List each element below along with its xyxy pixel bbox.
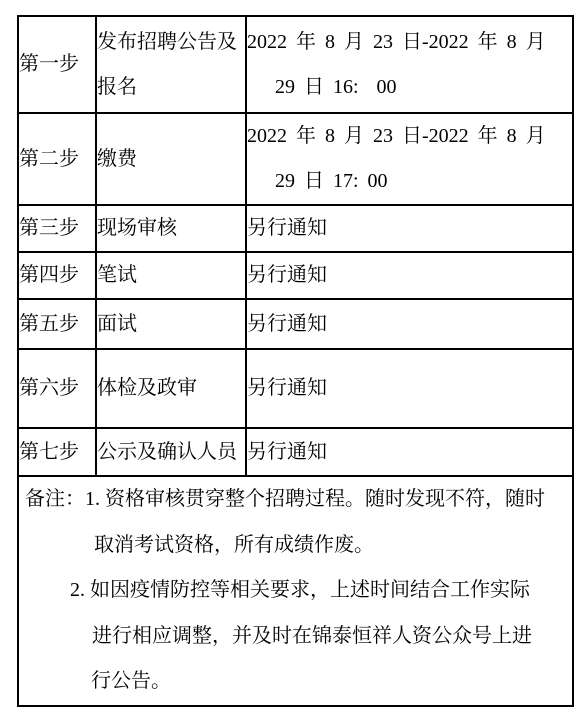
time-cell: 另行通知 bbox=[246, 205, 573, 252]
item-line: 发布招聘公告及 bbox=[97, 20, 245, 65]
step-label: 第二步 bbox=[19, 137, 95, 182]
table-row: 第四步笔试另行通知 bbox=[18, 252, 573, 299]
time-line: 另行通知 bbox=[247, 366, 572, 411]
table-row: 第二步缴费2022 年 8 月 23 日-2022 年 8 月29 日 17: … bbox=[18, 113, 573, 205]
time-line: 另行通知 bbox=[247, 206, 572, 251]
item-cell: 现场审核 bbox=[96, 205, 246, 252]
step-cell: 第一步 bbox=[18, 16, 96, 113]
table-row: 第七步公示及确认人员另行通知 bbox=[18, 428, 573, 476]
time-cell: 另行通知 bbox=[246, 299, 573, 349]
step-cell: 第三步 bbox=[18, 205, 96, 252]
step-cell: 第四步 bbox=[18, 252, 96, 299]
note-line: 备注：1. 资格审核贯穿整个招聘过程。随时发现不符，随时 bbox=[19, 477, 572, 523]
item-line: 缴费 bbox=[97, 137, 245, 182]
item-line: 面试 bbox=[97, 302, 245, 347]
time-line: 29 日 16: 00 bbox=[247, 65, 572, 110]
note-line: 取消考试资格，所有成绩作废。 bbox=[19, 523, 572, 569]
notes-row: 备注：1. 资格审核贯穿整个招聘过程。随时发现不符，随时取消考试资格，所有成绩作… bbox=[18, 476, 573, 706]
time-line: 另行通知 bbox=[247, 302, 572, 347]
item-line: 笔试 bbox=[97, 253, 245, 298]
step-label: 第三步 bbox=[19, 206, 95, 251]
step-label: 第一步 bbox=[19, 42, 95, 87]
recruitment-schedule-table: 第一步发布招聘公告及报名2022 年 8 月 23 日-2022 年 8 月29… bbox=[17, 15, 574, 707]
time-cell: 另行通知 bbox=[246, 428, 573, 476]
time-line: 2022 年 8 月 23 日-2022 年 8 月 bbox=[247, 20, 572, 65]
step-cell: 第五步 bbox=[18, 299, 96, 349]
time-line: 另行通知 bbox=[247, 430, 572, 475]
item-cell: 体检及政审 bbox=[96, 349, 246, 428]
item-cell: 发布招聘公告及报名 bbox=[96, 16, 246, 113]
note-line: 行公告。 bbox=[19, 659, 572, 705]
table-row: 第五步面试另行通知 bbox=[18, 299, 573, 349]
time-cell: 另行通知 bbox=[246, 349, 573, 428]
time-line: 2022 年 8 月 23 日-2022 年 8 月 bbox=[247, 114, 572, 159]
item-line: 公示及确认人员 bbox=[97, 430, 245, 475]
step-label: 第五步 bbox=[19, 302, 95, 347]
time-line: 29 日 17: 00 bbox=[247, 159, 572, 204]
step-label: 第四步 bbox=[19, 253, 95, 298]
item-cell: 公示及确认人员 bbox=[96, 428, 246, 476]
step-cell: 第二步 bbox=[18, 113, 96, 205]
table-row: 第六步体检及政审另行通知 bbox=[18, 349, 573, 428]
time-cell: 另行通知 bbox=[246, 252, 573, 299]
item-cell: 面试 bbox=[96, 299, 246, 349]
time-cell: 2022 年 8 月 23 日-2022 年 8 月29 日 16: 00 bbox=[246, 16, 573, 113]
notes-cell: 备注：1. 资格审核贯穿整个招聘过程。随时发现不符，随时取消考试资格，所有成绩作… bbox=[18, 476, 573, 706]
item-line: 报名 bbox=[97, 65, 245, 110]
step-label: 第六步 bbox=[19, 366, 95, 411]
item-line: 现场审核 bbox=[97, 206, 245, 251]
item-cell: 笔试 bbox=[96, 252, 246, 299]
note-line: 进行相应调整，并及时在锦泰恒祥人资公众号上进 bbox=[19, 614, 572, 660]
document-page: 第一步发布招聘公告及报名2022 年 8 月 23 日-2022 年 8 月29… bbox=[0, 0, 585, 713]
schedule-table-body: 第一步发布招聘公告及报名2022 年 8 月 23 日-2022 年 8 月29… bbox=[18, 16, 573, 706]
time-line: 另行通知 bbox=[247, 253, 572, 298]
item-cell: 缴费 bbox=[96, 113, 246, 205]
table-row: 第一步发布招聘公告及报名2022 年 8 月 23 日-2022 年 8 月29… bbox=[18, 16, 573, 113]
table-row: 第三步现场审核另行通知 bbox=[18, 205, 573, 252]
step-label: 第七步 bbox=[19, 430, 95, 475]
note-line: 2. 如因疫情防控等相关要求，上述时间结合工作实际 bbox=[19, 568, 572, 614]
step-cell: 第六步 bbox=[18, 349, 96, 428]
step-cell: 第七步 bbox=[18, 428, 96, 476]
item-line: 体检及政审 bbox=[97, 366, 245, 411]
time-cell: 2022 年 8 月 23 日-2022 年 8 月29 日 17: 00 bbox=[246, 113, 573, 205]
